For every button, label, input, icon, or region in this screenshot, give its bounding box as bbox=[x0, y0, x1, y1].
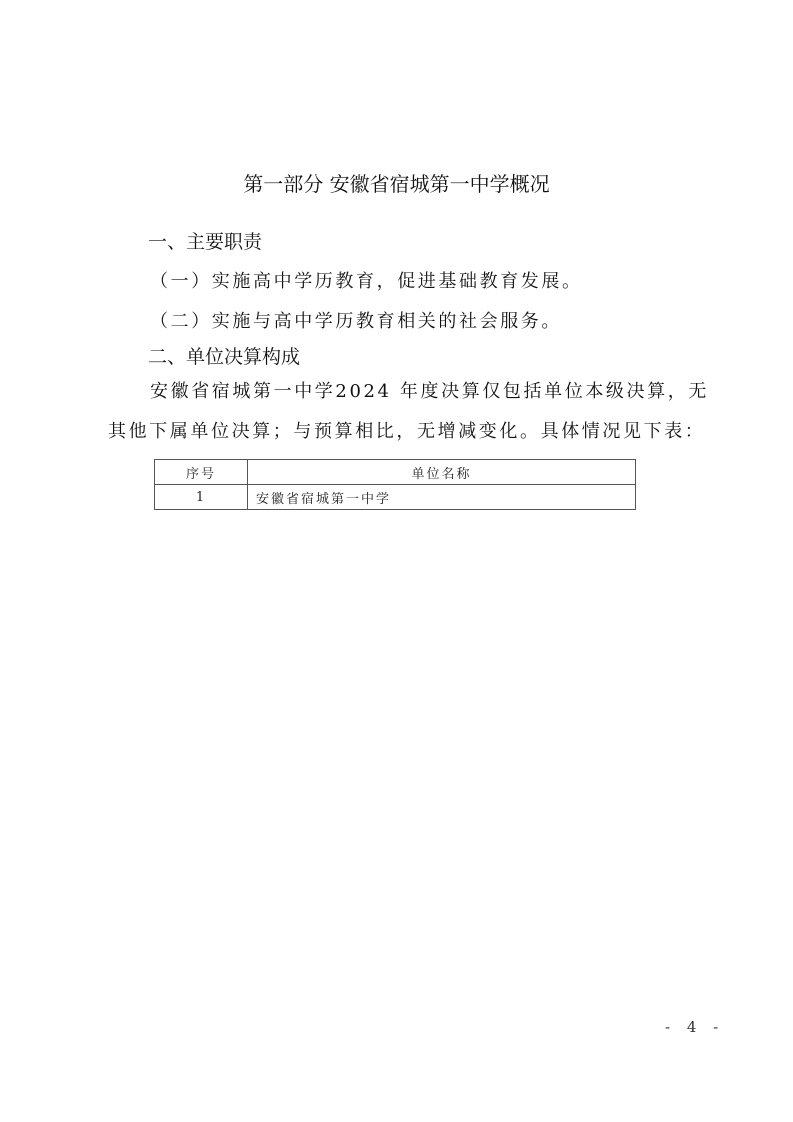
section-heading-composition: 二、单位决算构成 bbox=[148, 343, 300, 371]
header-serial-number: 序号 bbox=[155, 460, 248, 485]
cell-serial-number: 1 bbox=[155, 485, 248, 510]
page-title: 第一部分 安徽省宿城第一中学概况 bbox=[0, 170, 793, 198]
table-header-row: 序号 单位名称 bbox=[155, 460, 636, 485]
composition-paragraph-line-2: 其他下属单位决算；与预算相比，无增减变化。具体情况见下表： bbox=[108, 418, 705, 446]
section-heading-duties: 一、主要职责 bbox=[148, 228, 262, 256]
duty-item-2: （二）实施与高中学历教育相关的社会服务。 bbox=[150, 308, 562, 336]
duty-item-1: （一）实施高中学历教育，促进基础教育发展。 bbox=[150, 268, 583, 296]
unit-table: 序号 单位名称 1 安徽省宿城第一中学 bbox=[154, 459, 636, 510]
table-row: 1 安徽省宿城第一中学 bbox=[155, 485, 636, 510]
cell-unit-name: 安徽省宿城第一中学 bbox=[248, 485, 636, 510]
page-number: - 4 - bbox=[665, 1018, 724, 1036]
header-unit-name: 单位名称 bbox=[248, 460, 636, 485]
composition-paragraph-line-1: 安徽省宿城第一中学2024 年度决算仅包括单位本级决算，无 bbox=[150, 378, 709, 406]
